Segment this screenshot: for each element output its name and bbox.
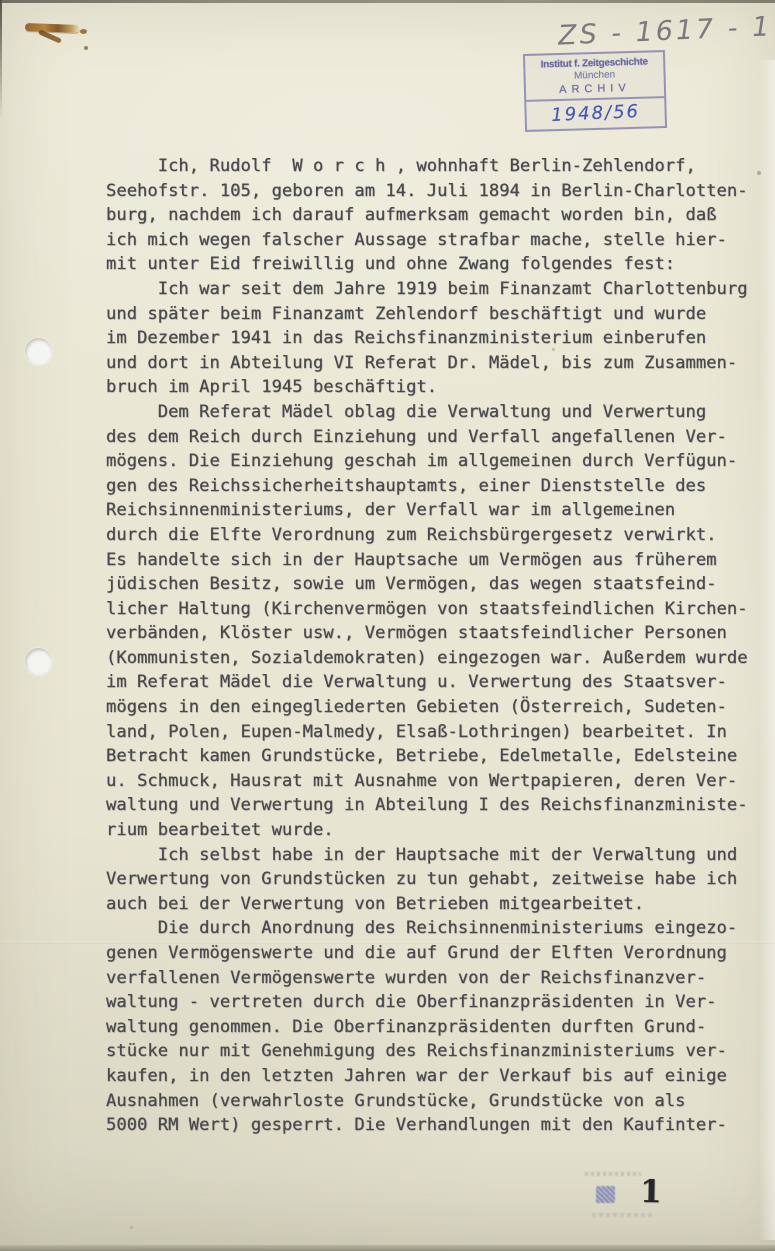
typed-line: jüdischen Besitz, sowie um Vermögen, das… bbox=[106, 572, 766, 597]
handwritten-archive-number: 1948/56 bbox=[526, 97, 665, 131]
typed-line: waltung genommen. Die Oberfinanzpräsiden… bbox=[106, 1015, 766, 1040]
typed-line: (Kommunisten, Sozialdemokraten) eingezog… bbox=[106, 646, 766, 671]
document-scan-page: ZS - 1617 - 1 Institut f. Zeitgeschichte… bbox=[0, 0, 775, 1251]
typed-line: und dort in Abteilung VI Referat Dr. Mäd… bbox=[106, 351, 766, 376]
typed-line: kaufen, in den letzten Jahren war der Ve… bbox=[106, 1064, 766, 1089]
typed-line: im Dezember 1941 in das Reichsfinanzmini… bbox=[106, 326, 766, 351]
archive-stamp: Institut f. Zeitgeschichte München ARCHI… bbox=[523, 50, 667, 132]
rust-mark bbox=[80, 29, 87, 34]
typed-line: Ich war seit dem Jahre 1919 beim Finanza… bbox=[106, 277, 766, 302]
typed-line: mögens. Die Einziehung geschah im allgem… bbox=[106, 449, 766, 474]
ink-bleed-mark bbox=[592, 1213, 654, 1217]
typed-line: burg, nachdem ich darauf aufmerksam gema… bbox=[106, 203, 766, 228]
typed-body: Ich, Rudolf W o r c h , wohnhaft Berlin-… bbox=[106, 154, 766, 1138]
typed-line: bruch im April 1945 beschäftigt. bbox=[106, 375, 766, 400]
typed-line: Ich selbst habe in der Hauptsache mit de… bbox=[106, 843, 766, 868]
rust-mark bbox=[84, 46, 88, 50]
typed-line: des dem Reich durch Einziehung und Verfa… bbox=[106, 425, 766, 450]
typed-line: genen Vermögenswerte und die auf Grund d… bbox=[106, 941, 766, 966]
dust-speck bbox=[757, 171, 761, 175]
typed-line: Reichsinnenministeriums, der Verfall war… bbox=[106, 498, 766, 523]
typed-line: mögens in den eingegliederten Gebieten (… bbox=[106, 695, 766, 720]
typed-line: Dem Referat Mädel oblag die Verwaltung u… bbox=[106, 400, 766, 425]
page-number: 1 bbox=[640, 1174, 662, 1210]
typed-line: Ausnahmen (verwahrloste Grundstücke, Gru… bbox=[106, 1089, 766, 1114]
punch-hole bbox=[25, 648, 52, 675]
typed-line: waltung - vertreten durch die Oberfinanz… bbox=[106, 990, 766, 1015]
dust-speck bbox=[552, 348, 555, 351]
typed-line: verbänden, Klöster usw., Vermögen staats… bbox=[106, 621, 766, 646]
paragraph: Die durch Anordnung des Reichsinnenminis… bbox=[106, 916, 766, 1137]
typed-line: stücke nur mit Genehmigung des Reichsfin… bbox=[106, 1039, 766, 1064]
paragraph: Ich war seit dem Jahre 1919 beim Finanza… bbox=[106, 277, 766, 400]
handwritten-archive-signature: ZS - 1617 - 1 bbox=[557, 11, 768, 51]
typed-line: auch bei der Verwertung von Betrieben mi… bbox=[106, 892, 766, 917]
typed-line: verfallenen Vermögenswerte wurden von de… bbox=[106, 966, 766, 991]
punch-hole bbox=[25, 338, 52, 365]
typed-line: 5000 RM Wert) gesperrt. Die Verhandlunge… bbox=[106, 1113, 766, 1138]
ink-bleed-mark bbox=[585, 1172, 641, 1176]
typed-line: gen des Reichssicherheitshauptamts, eine… bbox=[106, 474, 766, 499]
typed-line: und später beim Finanzamt Zehlendorf bes… bbox=[106, 302, 766, 327]
archive-stamp-header: Institut f. Zeitgeschichte München ARCHI… bbox=[525, 52, 664, 102]
typed-line: Ich, Rudolf W o r c h , wohnhaft Berlin-… bbox=[106, 154, 766, 179]
typed-line: mit unter Eid freiwillig und ohne Zwang … bbox=[106, 252, 766, 277]
typed-line: Die durch Anordnung des Reichsinnenminis… bbox=[106, 916, 766, 941]
dust-speck bbox=[130, 1226, 133, 1229]
typed-line: u. Schmuck, Hausrat mit Ausnahme von Wer… bbox=[106, 769, 766, 794]
typed-line: rium bearbeitet wurde. bbox=[106, 818, 766, 843]
typed-line: durch die Elfte Verordnung zum Reichsbür… bbox=[106, 523, 766, 548]
scan-edge-left bbox=[0, 0, 2, 120]
typed-line: im Referat Mädel die Verwaltung u. Verwe… bbox=[106, 670, 766, 695]
typed-line: Seehofstr. 105, geboren am 14. Juli 1894… bbox=[106, 179, 766, 204]
stamp-city-line: München bbox=[527, 68, 661, 83]
rust-mark bbox=[25, 23, 80, 33]
typed-line: waltung und Verwertung in Abteilung I de… bbox=[106, 793, 766, 818]
paragraph: Dem Referat Mädel oblag die Verwaltung u… bbox=[106, 400, 766, 843]
typed-line: Es handelte sich in der Hauptsache um Ve… bbox=[106, 548, 766, 573]
scan-edge-bottom bbox=[0, 1245, 775, 1251]
stamp-archiv-line: ARCHIV bbox=[528, 81, 662, 97]
paragraph: Ich selbst habe in der Hauptsache mit de… bbox=[106, 843, 766, 917]
typed-line: land, Polen, Eupen-Malmedy, Elsaß-Lothri… bbox=[106, 720, 766, 745]
paragraph: Ich, Rudolf W o r c h , wohnhaft Berlin-… bbox=[106, 154, 766, 277]
typed-line: Verwertung von Grundstücken zu tun gehab… bbox=[106, 867, 766, 892]
blue-smudge-stamp bbox=[596, 1186, 615, 1203]
typed-line: Betracht kamen Grundstücke, Betriebe, Ed… bbox=[106, 744, 766, 769]
typed-line: ich mich wegen falscher Aussage strafbar… bbox=[106, 228, 766, 253]
typed-line: licher Haltung (Kirchenvermögen von staa… bbox=[106, 597, 766, 622]
scan-edge-top bbox=[0, 0, 775, 3]
